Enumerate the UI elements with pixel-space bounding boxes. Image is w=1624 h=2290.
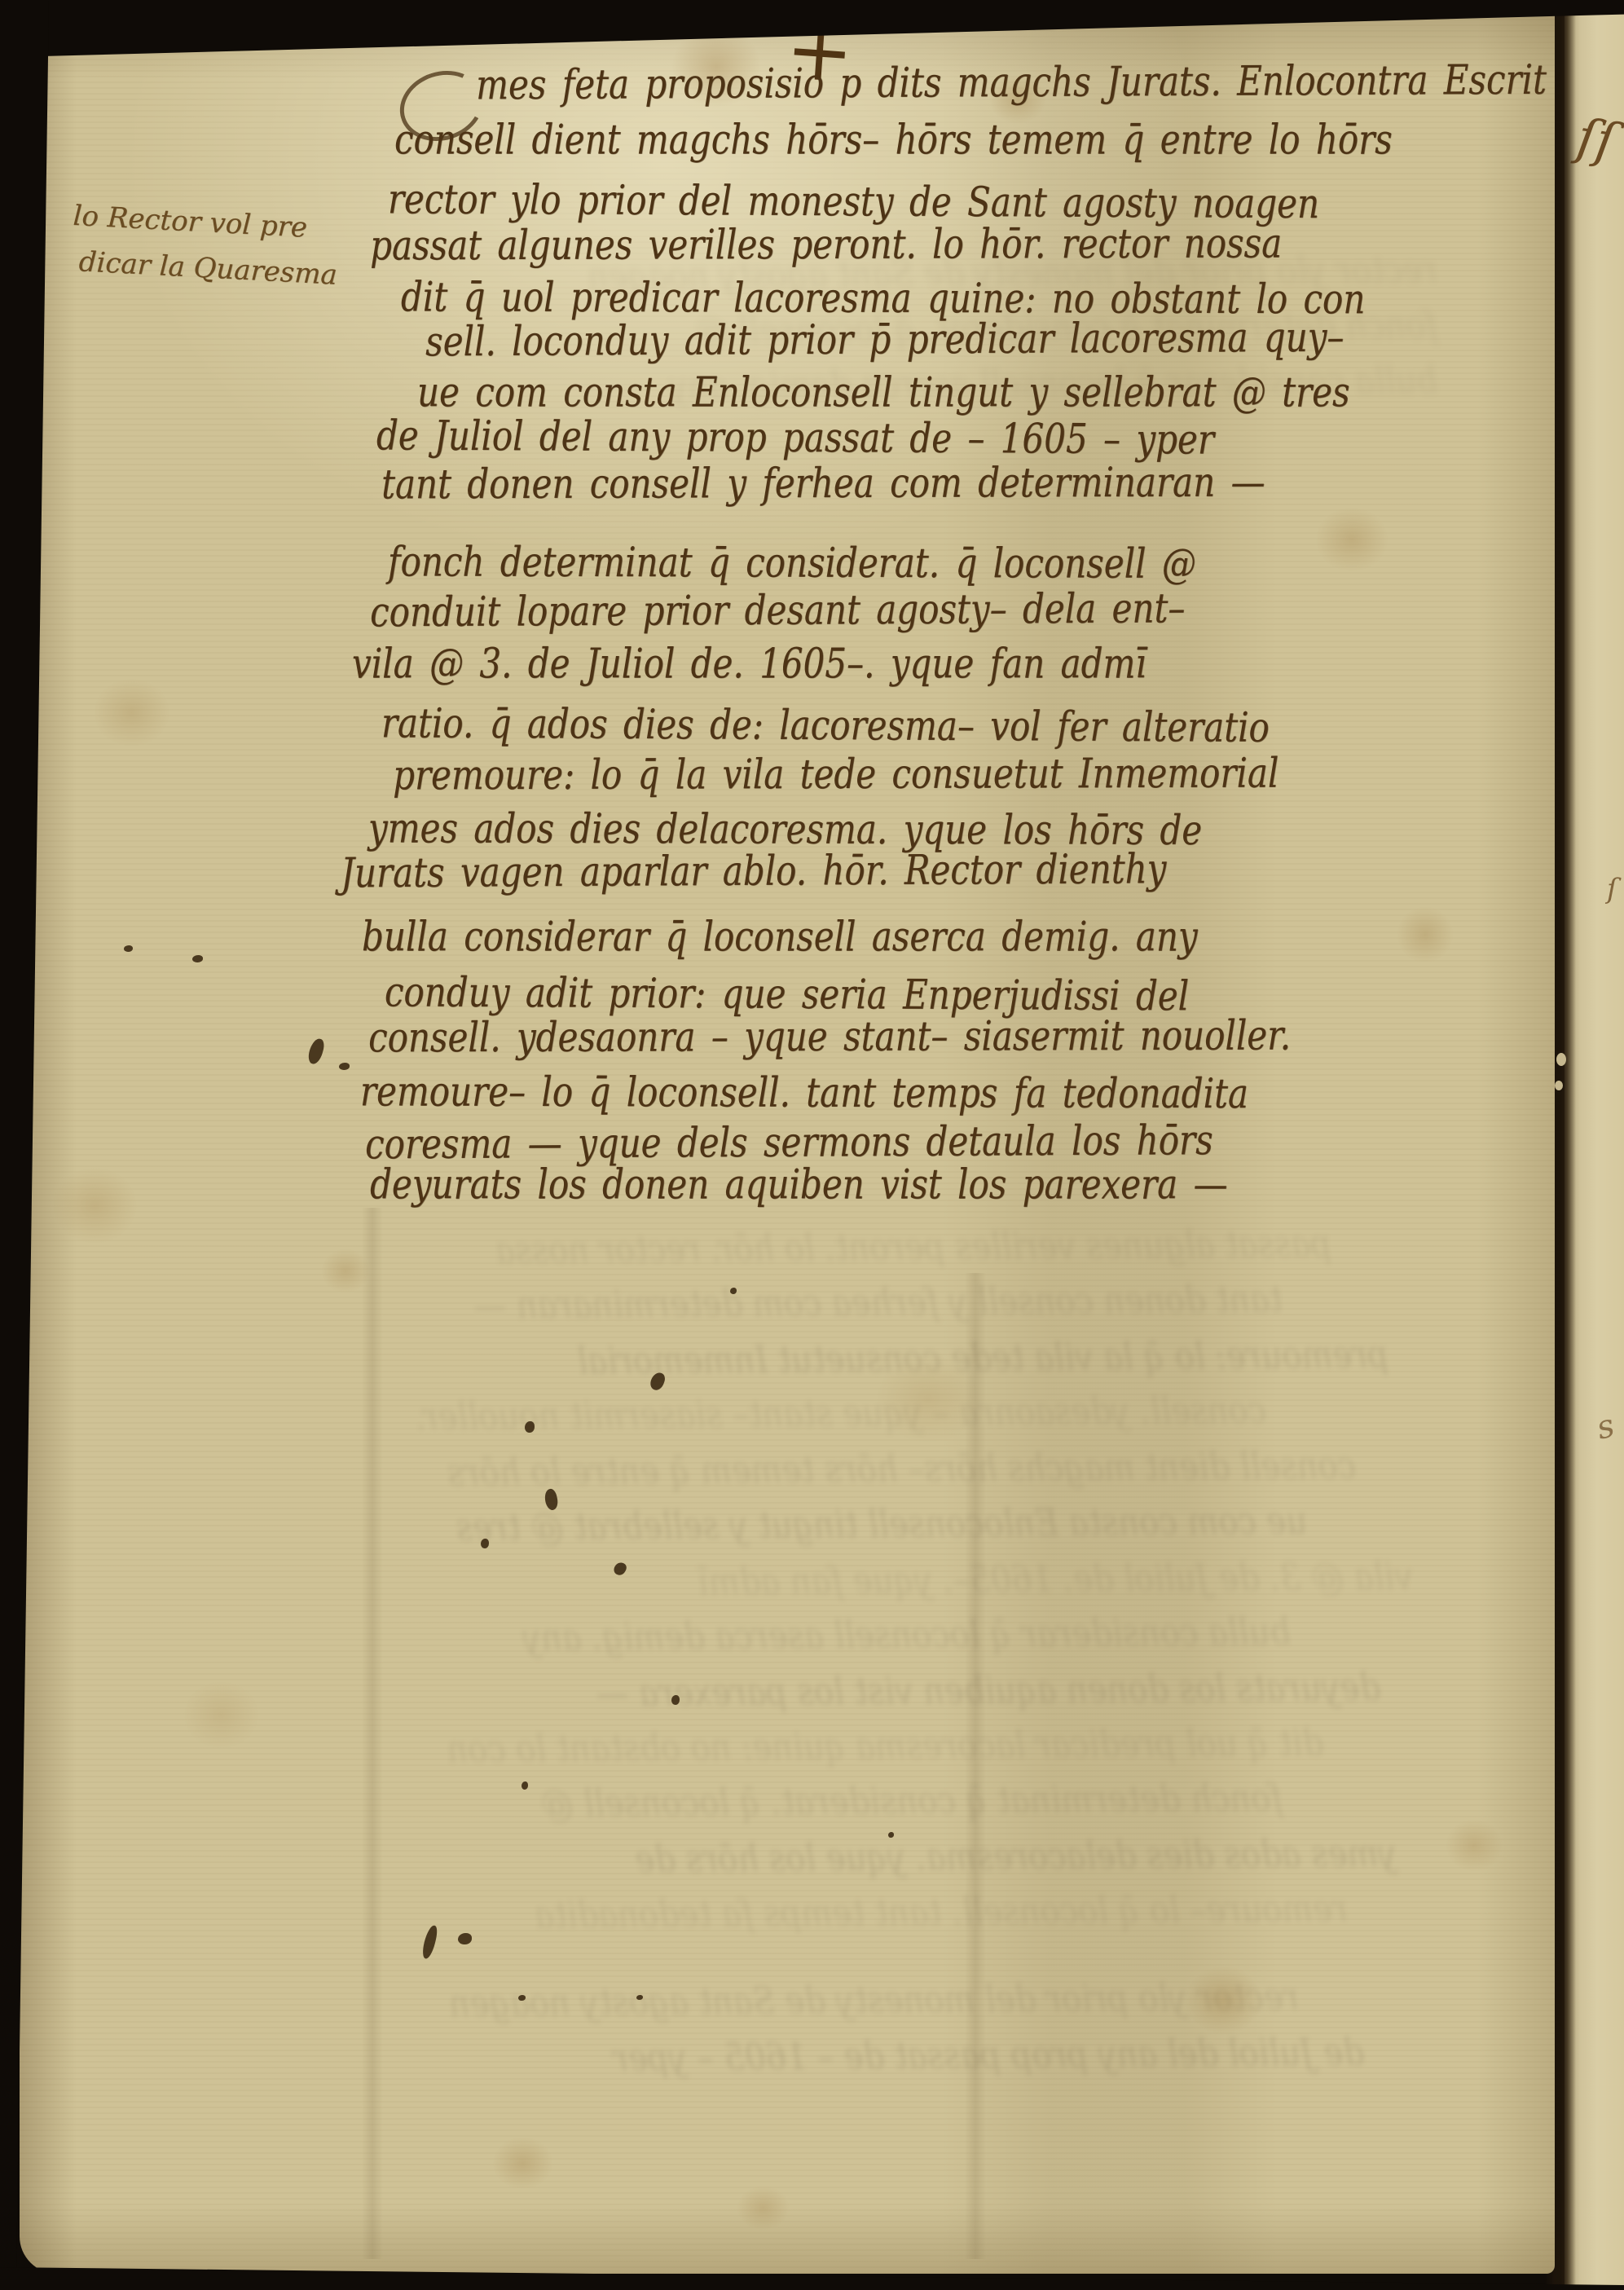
manuscript-photo: ſſ ſ s passat algunes verilles peront. l… — [0, 0, 1624, 2290]
ink-blot — [525, 1421, 535, 1433]
ink-blot — [306, 1037, 326, 1065]
bleedthrough-line: bulla considerar q̄ loconsell aserca dem… — [272, 1612, 1291, 1662]
stain — [1446, 1819, 1503, 1872]
bleedthrough-line: remoure– lo q̄ loconsell. tant temps fa … — [329, 1889, 1348, 1939]
stain — [737, 2186, 790, 2231]
next-page-ink-fragment: ſ — [1607, 864, 1617, 914]
bleedthrough-line: fonch determinat q̄ considerat. q̄ locon… — [264, 1778, 1283, 1828]
stain — [1315, 507, 1389, 572]
bleedthrough-line: de Juliol del any prop passat de – 1605 … — [345, 2032, 1364, 2082]
bleedthrough-line: ue com consta Enloconsell tingut y selle… — [288, 1501, 1307, 1551]
ink-blot — [192, 955, 203, 962]
manuscript-line: Jurats vagen aparlar ablo. hōr. Rector d… — [341, 847, 1166, 896]
stain — [93, 678, 170, 747]
manuscript-line: vila @ 3. de Juliol de. 1605–. yque fan … — [352, 641, 1146, 686]
next-page-ink-fragment: s — [1591, 1400, 1620, 1453]
bleedthrough-line: consell dient magchs hōrs– hōrs temem q̄… — [337, 1446, 1356, 1495]
manuscript-line: ue com consta Enloconsell tingut y selle… — [417, 370, 1350, 415]
stitch-knot — [1556, 1053, 1566, 1066]
stain — [1185, 1966, 1262, 2035]
bleedthrough-line: tant donen consell y ferhea com determin… — [264, 1279, 1283, 1329]
ink-blot — [730, 1288, 737, 1294]
manuscript-line: consell dient magchs hōrs– hōrs temem q̄… — [394, 117, 1393, 162]
manuscript-line: premoure: lo q̄ la vila tede consuetut I… — [393, 751, 1279, 798]
bleedthrough-line: consell. ydesaonra – yque stant– siaserm… — [248, 1390, 1266, 1440]
manuscript-line: fonch determinat q̄ considerat. q̄ locon… — [388, 539, 1196, 587]
manuscript-line: de Juliol del any prop passat de – 1605 … — [376, 413, 1214, 462]
ink-blot — [888, 1832, 894, 1838]
ink-blot — [339, 1063, 350, 1070]
ink-blot — [124, 945, 133, 952]
stain — [52, 1167, 138, 1244]
stain — [492, 2137, 553, 2190]
manuscript-line: sell. loconduy adit prior p̄ predicar la… — [425, 315, 1344, 364]
manuscript-line: ratio. q̄ ados dies de: lacoresma– vol f… — [381, 701, 1270, 751]
bleedthrough-line: premoure: lo q̄ la vila tede consuetut I… — [370, 1335, 1389, 1385]
manuscript-line: passat algunes verilles peront. lo hōr. … — [370, 221, 1282, 268]
paper-crease — [965, 1273, 986, 2259]
next-page-ink-fragment: ſſ — [1573, 112, 1618, 167]
ink-blot — [458, 1933, 472, 1944]
ink-blot — [518, 1995, 526, 2001]
ink-blot — [522, 1781, 528, 1790]
ink-blot — [636, 1995, 643, 2000]
bleedthrough-line: vila @ 3. de Juliol de. 1605–. yque fan … — [394, 1557, 1413, 1606]
manuscript-line: deyurats los donen aquiben vist los pare… — [370, 1162, 1228, 1207]
bleedthrough-line: deyurats los donen aquiben vist los pare… — [362, 1667, 1380, 1717]
stitch-knot — [1555, 1081, 1563, 1090]
manuscript-line: consell. ydesaonra – yque stant– siaserm… — [368, 1013, 1291, 1060]
stain — [1397, 906, 1454, 963]
bleedthrough-line: passat algunes verilles peront. lo hōr. … — [313, 1224, 1331, 1274]
ink-blot — [481, 1539, 489, 1548]
manuscript-line: bulla considerar q̄ loconsell aserca dem… — [362, 914, 1198, 959]
manuscript-page: passat algunes verilles peront. lo hōr. … — [20, 2, 1555, 2274]
bleedthrough-line: dit q̄ uol predicar lacoresma quine: no … — [305, 1723, 1323, 1773]
manuscript-line: mes feta proposisio p dits magchs Jurats… — [476, 57, 1547, 108]
bleedthrough-line: rector ylo prior del monesty de Sant ago… — [280, 1977, 1299, 2027]
bleedthrough-line: ymes ados dies delacoresma. yque los hōr… — [378, 1834, 1397, 1883]
manuscript-line: conduit lopare prior desant agosty– dela… — [370, 586, 1185, 635]
stain — [183, 1680, 260, 1750]
paper-crease — [362, 1208, 383, 2259]
manuscript-line: tant donen consell y ferhea com determin… — [381, 460, 1265, 507]
ink-blot — [671, 1695, 680, 1705]
manuscript-line: remoure– lo q̄ loconsell. tant temps fa … — [360, 1069, 1248, 1116]
